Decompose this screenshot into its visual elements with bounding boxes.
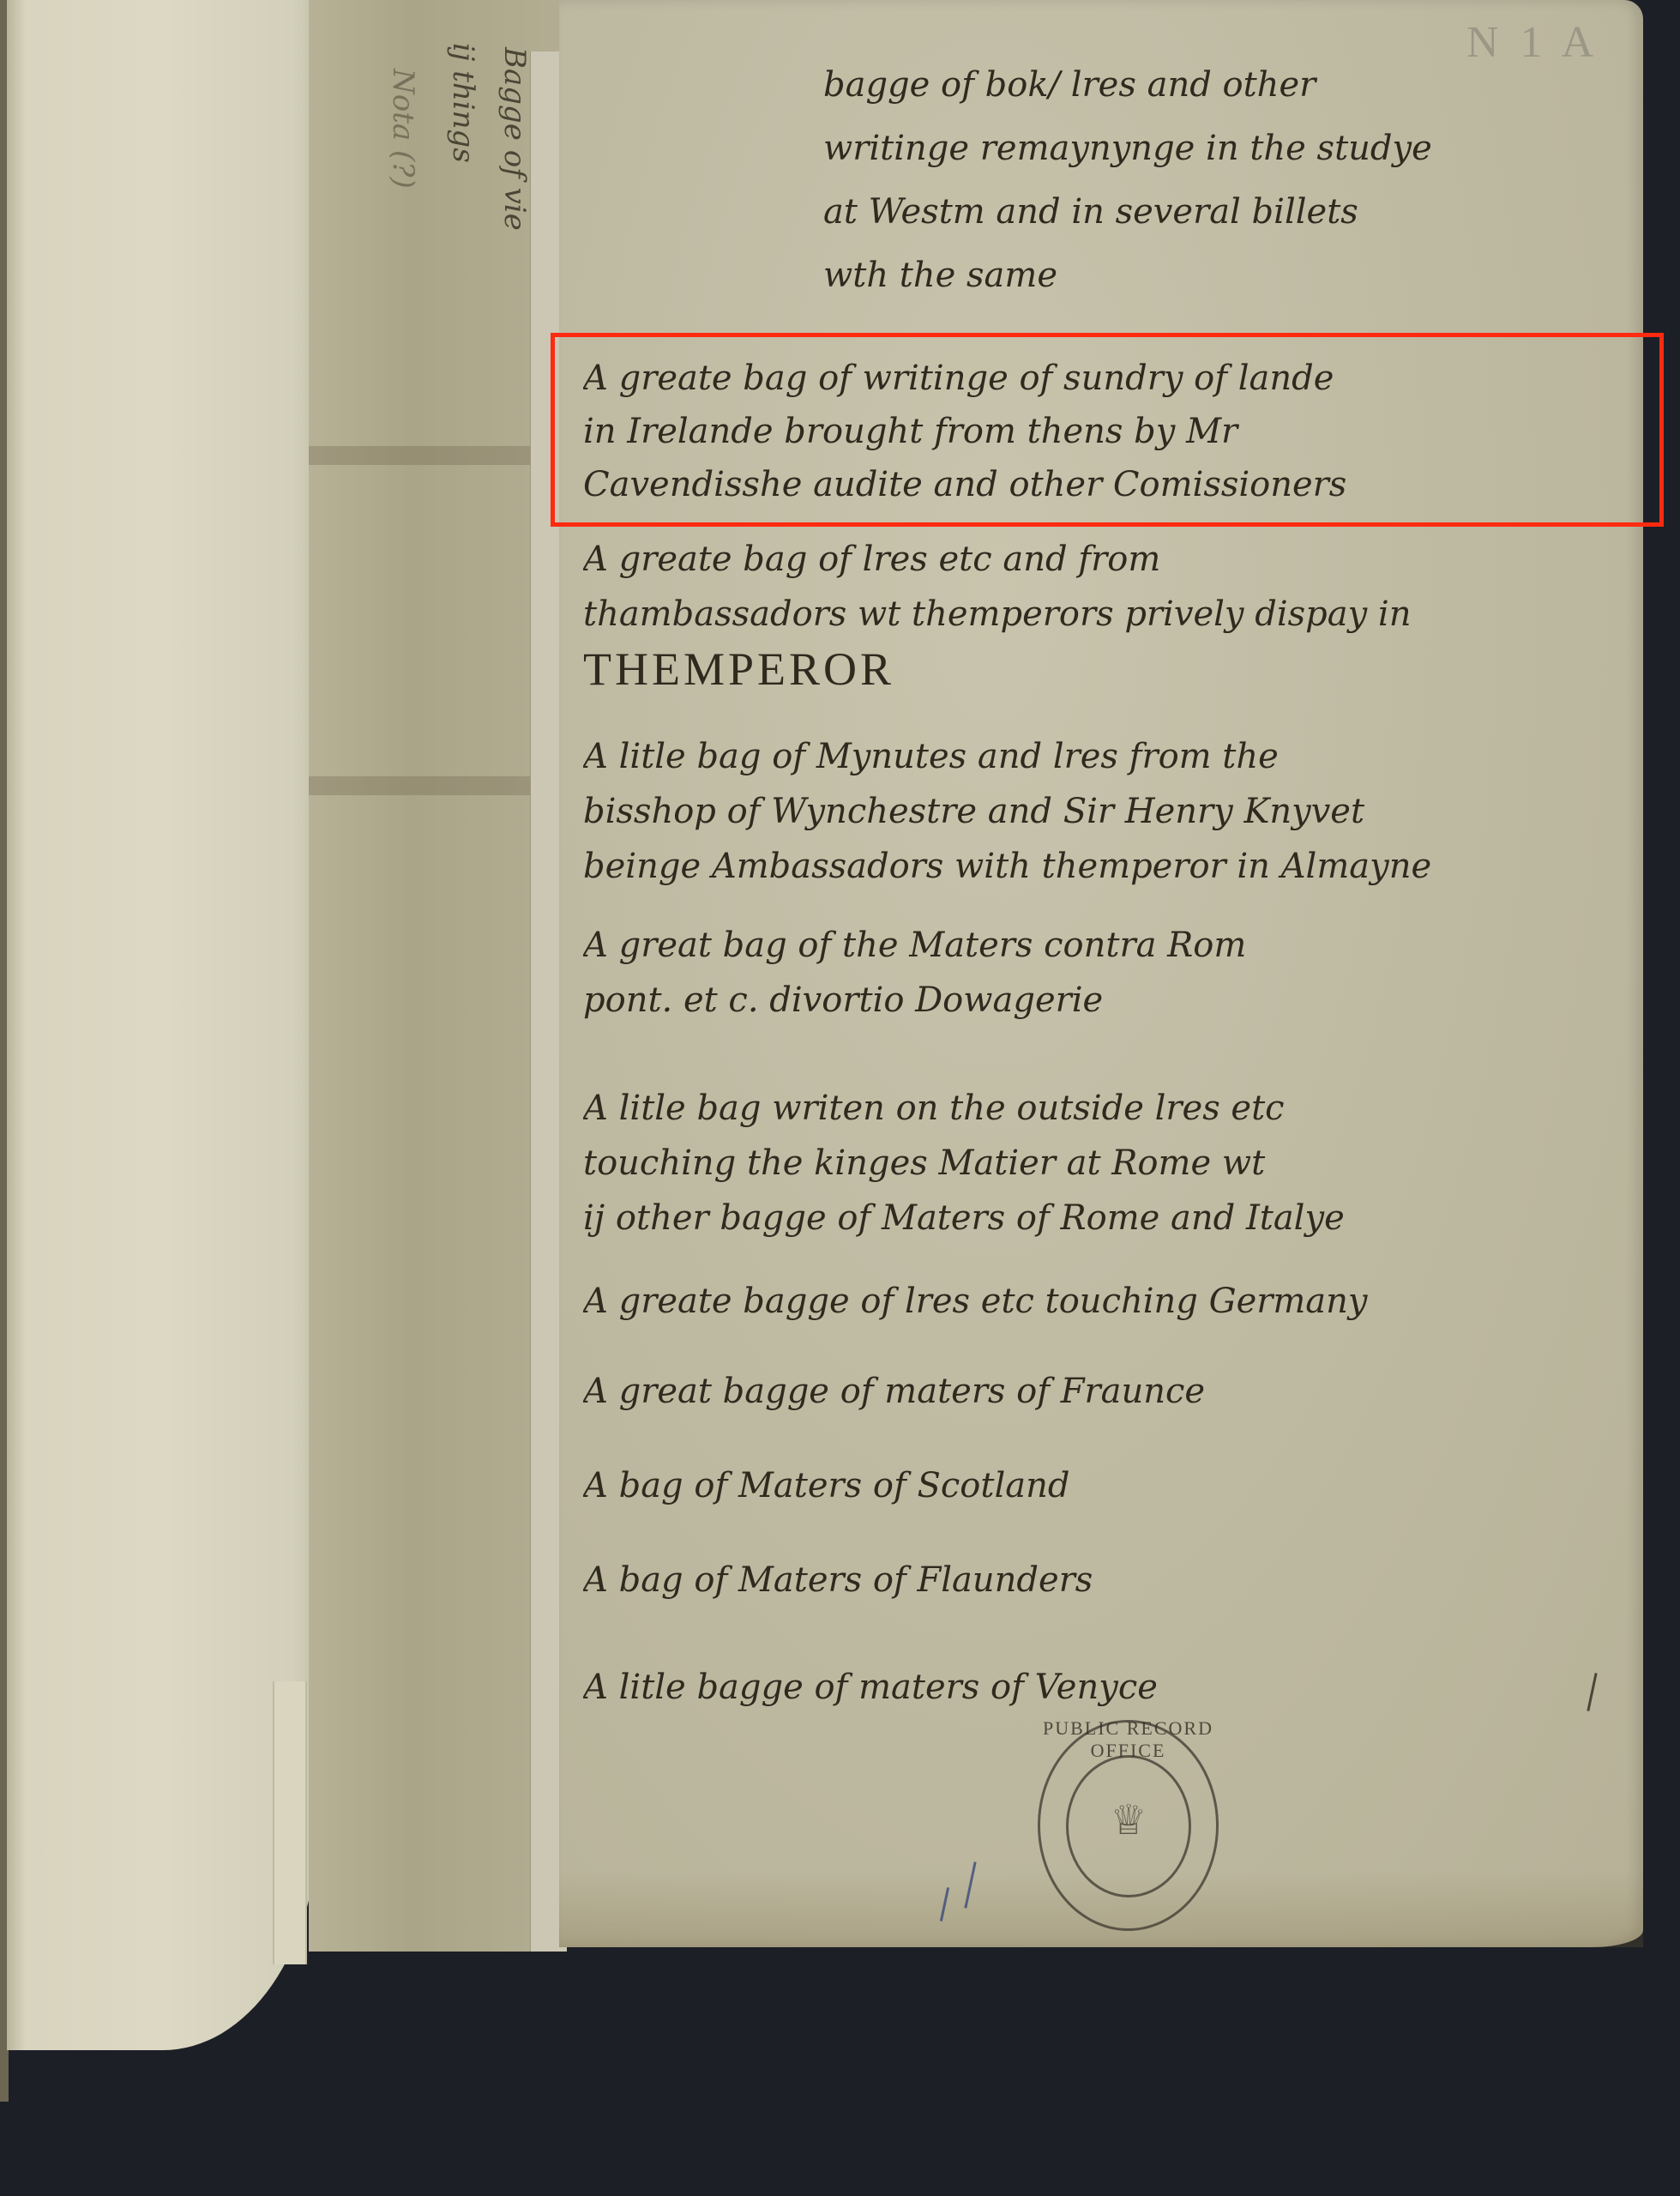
margin-tab-leaf: Bagge of vie ij things Nota (?) xyxy=(309,0,566,1952)
entry-line: Cavendisshe audite and other Comissioner… xyxy=(583,458,1629,511)
record-office-stamp: PUBLIC RECORD OFFICE ♕ xyxy=(1038,1720,1219,1931)
entry-line: A great bagge of maters of Fraunce xyxy=(583,1364,1629,1419)
entry-line: A litle bagge of maters of Venyce xyxy=(583,1660,1629,1715)
entry-line-caps: THEMPEROR xyxy=(583,642,1629,697)
entry-germany: A greate bagge of lres etc touching Germ… xyxy=(583,1274,1629,1329)
guard-leaf xyxy=(7,0,317,2050)
entry-line: A litle bag writen on the outside lres e… xyxy=(583,1081,1629,1136)
entry-france: A great bagge of maters of Fraunce xyxy=(583,1364,1629,1419)
entry-ireland[interactable]: A greate bag of writinge of sundry of la… xyxy=(583,352,1629,511)
entry-line: wth the same xyxy=(823,244,1638,307)
entry-rome-divorce: A great bag of the Maters contra Rom pon… xyxy=(583,918,1629,1028)
entry-line: bisshop of Wynchestre and Sir Henry Knyv… xyxy=(583,784,1629,839)
entry-emperor: A greate bag of lres etc and from thamba… xyxy=(583,532,1629,697)
entry-scotland: A bag of Maters of Scotland xyxy=(583,1458,1629,1513)
entry-line: A greate bag of writinge of sundry of la… xyxy=(583,352,1629,405)
entry-heading: bagge of bok/ lres and other writinge re… xyxy=(823,53,1638,307)
entry-venice: A litle bagge of maters of Venyce xyxy=(583,1660,1629,1715)
entry-line: pont. et c. divortio Dowagerie xyxy=(583,973,1629,1028)
margin-note-line-2: ij things xyxy=(446,43,480,163)
entry-line: beinge Ambassadors with themperor in Alm… xyxy=(583,839,1629,894)
entry-line: thambassadors wt themperors prively disp… xyxy=(583,587,1629,642)
guard-paper-strip xyxy=(273,1681,307,1964)
entry-winchester: A litle bag of Mynutes and lres from the… xyxy=(583,729,1629,894)
entry-line: in Irelande brought from thens by Mr xyxy=(583,405,1629,458)
entry-flanders: A bag of Maters of Flaunders xyxy=(583,1553,1629,1608)
entry-line: A bag of Maters of Flaunders xyxy=(583,1553,1629,1608)
entry-line: touching the kinges Matier at Rome wt xyxy=(583,1136,1629,1191)
entry-line: A litle bag of Mynutes and lres from the xyxy=(583,729,1629,784)
entry-line: A greate bag of lres etc and from xyxy=(583,532,1629,587)
margin-note-line-3: Nota (?) xyxy=(386,69,420,189)
entry-line: A great bag of the Maters contra Rom xyxy=(583,918,1629,973)
document-scan: Bagge of vie ij things Nota (?) N 1 A ba… xyxy=(0,0,1680,2196)
crown-icon: ♕ xyxy=(1103,1796,1154,1856)
entry-line: writinge remaynynge in the studye xyxy=(823,117,1638,180)
margin-note-line-1: Bagge of vie xyxy=(497,47,532,231)
entry-line: ij other bagge of Maters of Rome and Ita… xyxy=(583,1191,1629,1246)
stamp-inner-ring: ♕ xyxy=(1066,1755,1191,1897)
entry-line: A greate bagge of lres etc touching Germ… xyxy=(583,1274,1629,1329)
entry-line: at Westm and in several billets xyxy=(823,180,1638,244)
entry-line: bagge of bok/ lres and other xyxy=(823,53,1638,117)
entry-line: A bag of Maters of Scotland xyxy=(583,1458,1629,1513)
entry-rome-italy: A litle bag writen on the outside lres e… xyxy=(583,1081,1629,1246)
